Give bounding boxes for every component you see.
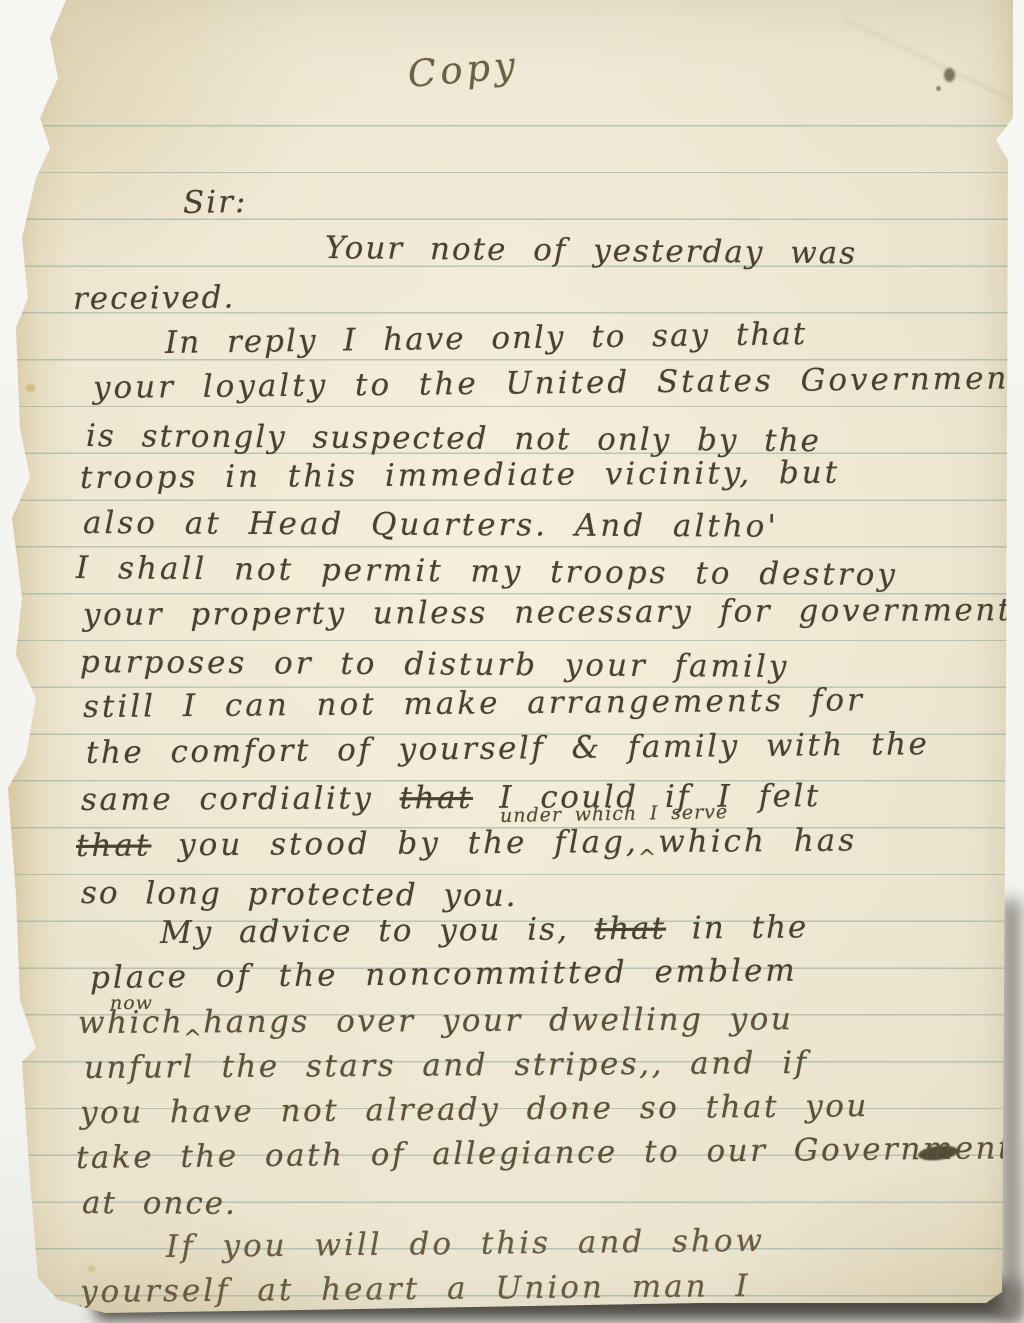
salutation-line: Sir: xyxy=(183,185,248,220)
fold-crease xyxy=(845,18,1024,121)
handwritten-line: your property unless necessary for gover… xyxy=(83,593,1013,632)
struck-word: that xyxy=(595,911,667,948)
handwritten-line: place of the noncommitted emblem xyxy=(90,954,798,996)
handwritten-line: I shall not permit my troops to destroy xyxy=(76,551,898,592)
handwritten-line: you have not already done so that you xyxy=(80,1089,869,1130)
caret-mark: ^ xyxy=(638,846,660,871)
handwritten-line: so long protected you. xyxy=(81,876,518,913)
handwritten-line: still I can not make arrangements for xyxy=(83,683,865,724)
handwritten-line: unfurl the stars and stripes,, and if xyxy=(84,1046,809,1085)
handwritten-line: received. xyxy=(73,281,236,317)
salutation-text: Sir: xyxy=(183,184,248,221)
stain xyxy=(26,384,35,392)
struck-word: that xyxy=(400,780,474,816)
handwritten-line: at once. xyxy=(82,1186,237,1221)
scan-background: Copy Sir: Your note of yesterday was rec… xyxy=(0,0,1024,1323)
stain xyxy=(88,1266,95,1272)
copy-annotation: Copy xyxy=(406,45,520,95)
stain xyxy=(944,68,955,82)
stain xyxy=(936,86,941,91)
letter-page: Copy Sir: Your note of yesterday was rec… xyxy=(0,0,1024,1323)
handwritten-line: troops in this immediate vicinity, but xyxy=(80,456,840,495)
handwritten-line: which^hangs over your dwelling you xyxy=(78,1002,793,1040)
handwritten-line: yourself at heart a Union man I xyxy=(80,1269,751,1309)
handwritten-line: If you will do this and show xyxy=(166,1224,765,1264)
handwritten-line: Your note of yesterday was xyxy=(325,231,857,271)
copy-label: Copy xyxy=(406,43,521,96)
struck-word: that xyxy=(76,827,152,864)
scanner-shadow-right xyxy=(1002,900,1020,1320)
handwritten-line: also at Head Quarters. And altho' xyxy=(83,506,779,544)
handwritten-line: that you stood by the flag,^which has xyxy=(76,824,857,864)
handwritten-line: is strongly suspected not only by the xyxy=(86,419,821,458)
handwritten-line: My advice to you is, that in the xyxy=(160,910,809,950)
caret-mark: ^ xyxy=(183,1026,204,1051)
handwritten-line: purposes or to disturb your family xyxy=(80,645,790,684)
